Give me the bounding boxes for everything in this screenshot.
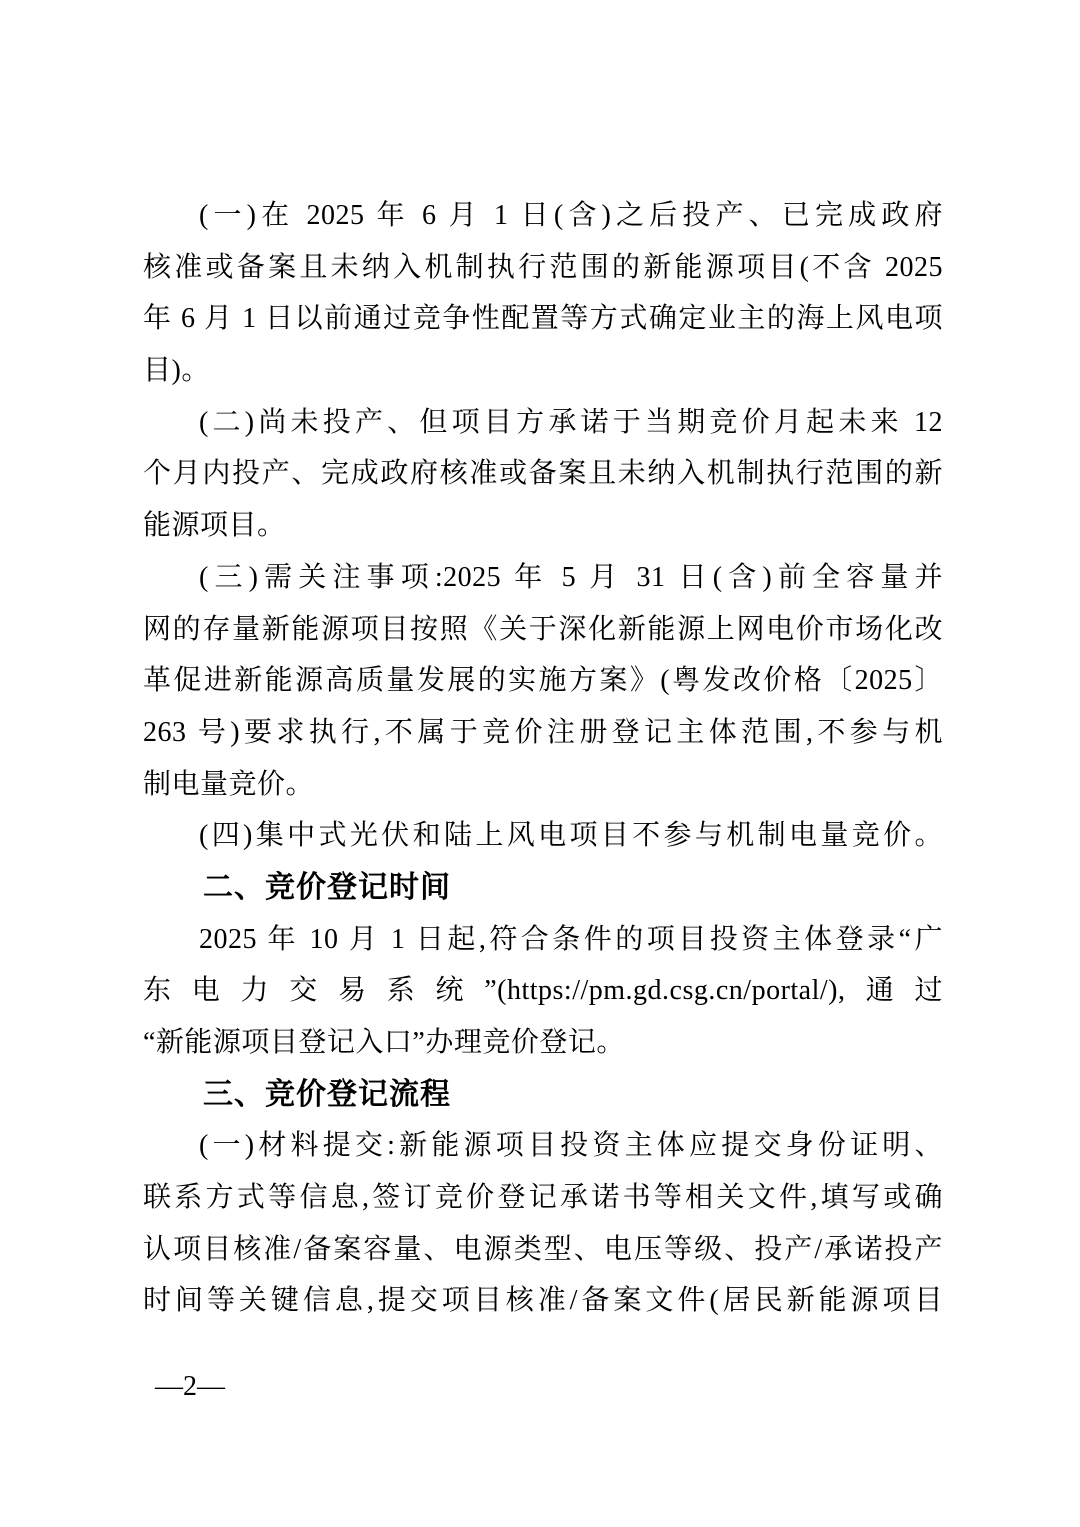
text-line: 革促进新能源高质量发展的实施方案》(粤发改价格〔2025〕 (143, 655, 943, 707)
text-line: (四)集中式光伏和陆上风电项目不参与机制电量竞价。 (143, 810, 943, 862)
text-line: 263 号)要求执行,不属于竞价注册登记主体范围,不参与机 (143, 707, 943, 759)
text-line: 个月内投产、完成政府核准或备案且未纳入机制执行范围的新 (143, 448, 943, 500)
text-line: (二)尚未投产、但项目方承诺于当期竞价月起未来 12 (143, 397, 943, 449)
document-body: (一)在 2025 年 6 月 1 日(含)之后投产、已完成政府核准或备案且未纳… (143, 190, 943, 1327)
text-line: 认项目核准/备案容量、电源类型、电压等级、投产/承诺投产 (143, 1224, 943, 1276)
text-line: 时间等关键信息,提交项目核准/备案文件(居民新能源项目 (143, 1275, 943, 1327)
page-number: —2— (155, 1372, 225, 1402)
section-heading: 三、竞价登记流程 (143, 1069, 943, 1121)
text-line: 目)。 (143, 345, 943, 397)
text-line: 2025 年 10 月 1 日起,符合条件的项目投资主体登录“广 (143, 914, 943, 966)
text-line: 东电力交易系统”(https://pm.gd.csg.cn/portal/),通… (143, 965, 943, 1017)
text-line: 年 6 月 1 日以前通过竞争性配置等方式确定业主的海上风电项 (143, 293, 943, 345)
text-line: 能源项目。 (143, 500, 943, 552)
text-line: (一)在 2025 年 6 月 1 日(含)之后投产、已完成政府 (143, 190, 943, 242)
document-page: (一)在 2025 年 6 月 1 日(含)之后投产、已完成政府核准或备案且未纳… (0, 0, 1080, 1527)
text-line: 网的存量新能源项目按照《关于深化新能源上网电价市场化改 (143, 604, 943, 656)
text-line: 核准或备案且未纳入机制执行范围的新能源项目(不含 2025 (143, 242, 943, 294)
section-heading: 二、竞价登记时间 (143, 862, 943, 914)
text-line: 联系方式等信息,签订竞价登记承诺书等相关文件,填写或确 (143, 1172, 943, 1224)
text-line: “新能源项目登记入口”办理竞价登记。 (143, 1017, 943, 1069)
text-line: (三)需关注事项:2025 年 5 月 31 日(含)前全容量并 (143, 552, 943, 604)
text-line: 制电量竞价。 (143, 759, 943, 811)
text-line: (一)材料提交:新能源项目投资主体应提交身份证明、 (143, 1120, 943, 1172)
